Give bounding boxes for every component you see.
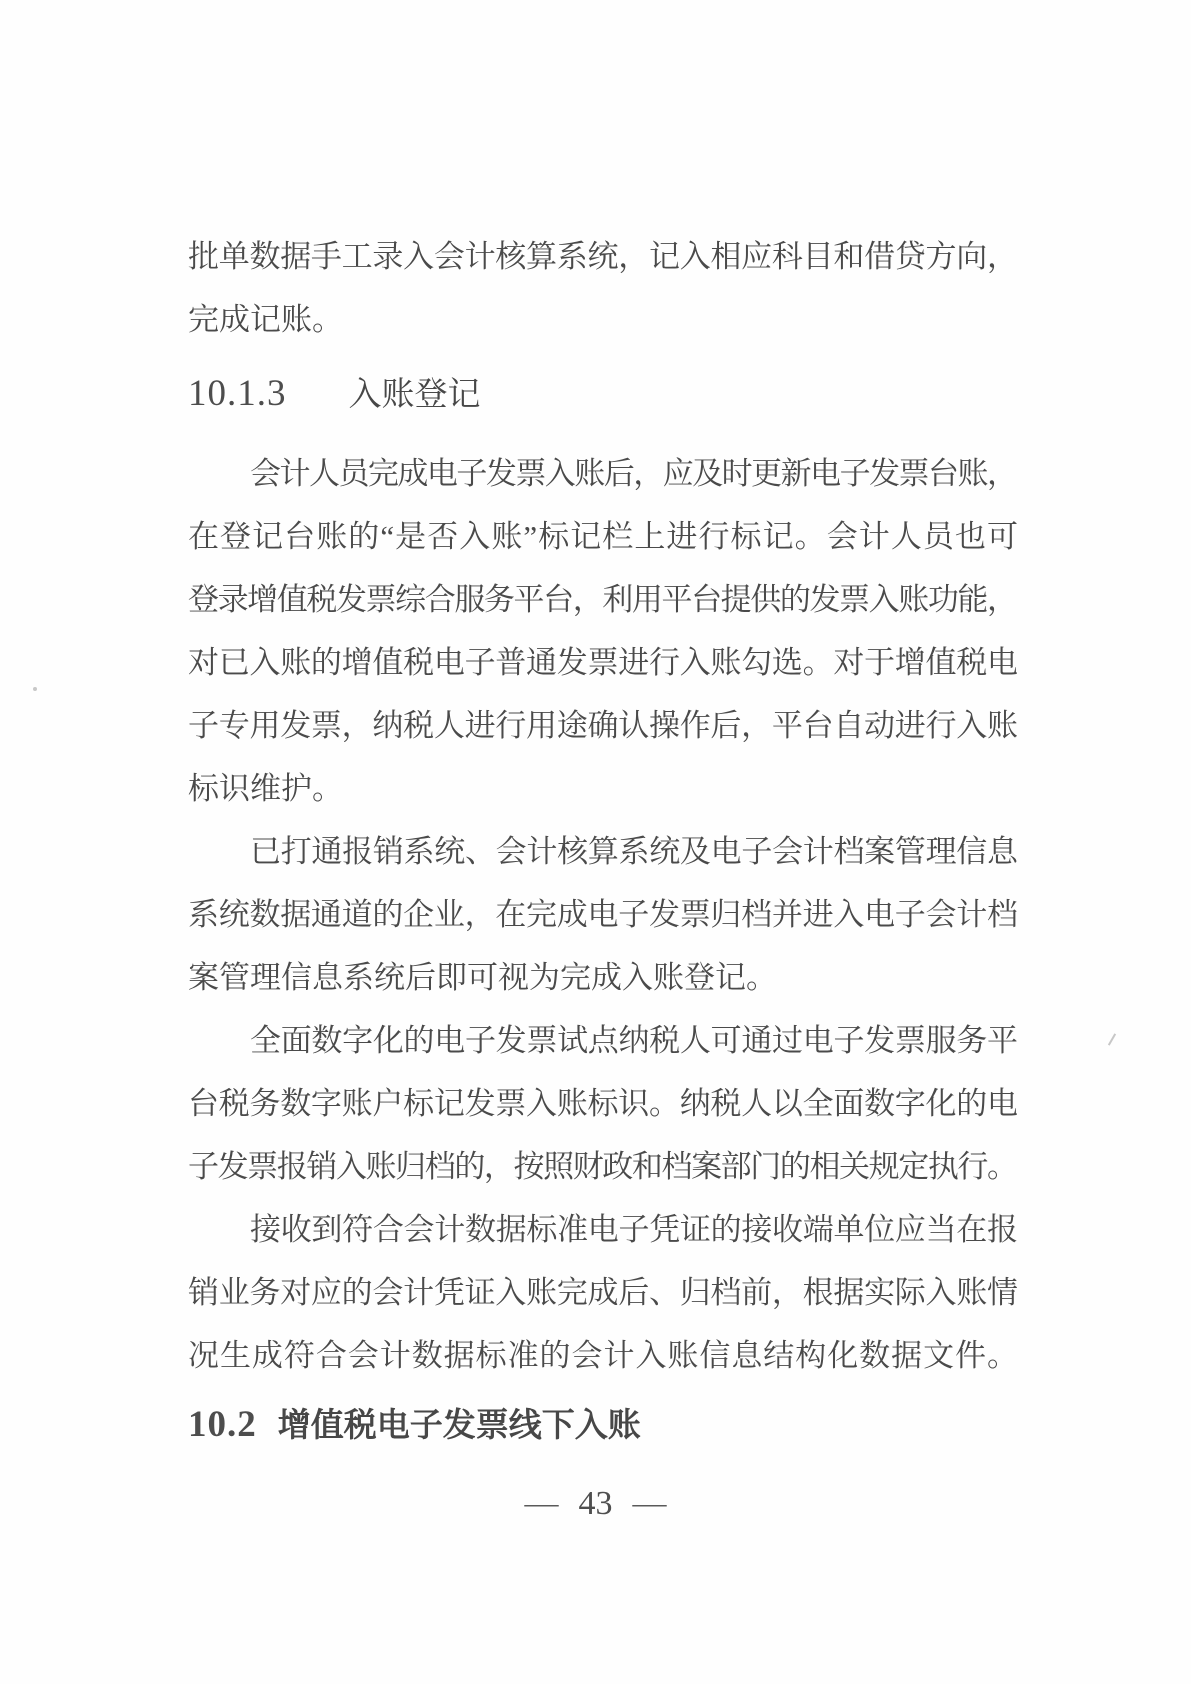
scan-artifact-dot [33, 687, 37, 691]
text-line-content: 批单数据手工录入会计核算系统，记入相应科目和借贷方向， [188, 239, 1018, 274]
text-line-content: 对已入账的增值税电子普通发票进行入账勾选。对于增值税电 [188, 645, 1018, 680]
section-heading-10-2: 10.2增值税电子发票线下入账 [188, 1393, 1018, 1463]
text-line: 完成记账。 [188, 288, 1018, 351]
text-line: 全面数字化的电子发票试点纳税人可通过电子发票服务平 [188, 1009, 1018, 1072]
text-line: 况生成符合会计数据标准的会计入账信息结构化数据文件。 [188, 1324, 1018, 1387]
text-line-content: 案管理信息系统后即可视为完成入账登记。 [188, 960, 777, 995]
text-line-content: 接收到符合会计数据标准电子凭证的接收端单位应当在报 [250, 1212, 1018, 1247]
section-number: 10.1.3 [188, 373, 287, 414]
text-line-content: 台税务数字账户标记发票入账标识。纳税人以全面数字化的电 [188, 1086, 1018, 1121]
text-line-content: 登录增值税发票综合服务平台，利用平台提供的发票入账功能， [188, 582, 1017, 617]
text-line-content: 况生成符合会计数据标准的会计入账信息结构化数据文件。 [188, 1338, 1019, 1373]
page-number: 43 [579, 1485, 613, 1522]
text-line: 子专用发票，纳税人进行用途确认操作后，平台自动进行入账 [188, 694, 1018, 757]
page-footer: —43— [0, 1480, 1191, 1528]
paragraph: 全面数字化的电子发票试点纳税人可通过电子发票服务平 台税务数字账户标记发票入账标… [188, 1009, 1018, 1198]
text-line-content: 全面数字化的电子发票试点纳税人可通过电子发票服务平 [250, 1023, 1018, 1058]
text-line-content: 在登记台账的“是否入账”标记栏上进行标记。会计人员也可 [188, 519, 1019, 554]
text-line: 已打通报销系统、会计核算系统及电子会计档案管理信息 [188, 820, 1018, 883]
paragraph: 批单数据手工录入会计核算系统，记入相应科目和借贷方向， 完成记账。 [188, 225, 1018, 351]
paragraph: 会计人员完成电子发票入账后，应及时更新电子发票台账， 在登记台账的“是否入账”标… [188, 442, 1018, 820]
footer-right-dash: — [633, 1482, 667, 1525]
text-line-content: 已打通报销系统、会计核算系统及电子会计档案管理信息 [250, 834, 1018, 869]
text-line-content: 系统数据通道的企业，在完成电子发票归档并进入电子会计档 [188, 897, 1018, 932]
text-column: 批单数据手工录入会计核算系统，记入相应科目和借贷方向， 完成记账。 10.1.3… [188, 225, 1018, 1463]
text-line: 子发票报销入账归档的，按照财政和档案部门的相关规定执行。 [188, 1135, 1018, 1198]
section-heading-10-1-3: 10.1.3入账登记 [188, 362, 1018, 432]
footer-left-dash: — [525, 1482, 559, 1525]
text-line-content: 完成记账。 [188, 302, 343, 337]
text-line: 对已入账的增值税电子普通发票进行入账勾选。对于增值税电 [188, 631, 1018, 694]
text-line: 销业务对应的会计凭证入账完成后、归档前，根据实际入账情 [188, 1261, 1018, 1324]
text-line-content: 标识维护。 [188, 771, 343, 806]
text-line: 标识维护。 [188, 757, 1018, 820]
text-line: 在登记台账的“是否入账”标记栏上进行标记。会计人员也可 [188, 505, 1018, 568]
text-line: 系统数据通道的企业，在完成电子发票归档并进入电子会计档 [188, 883, 1018, 946]
section-title: 入账登记 [349, 377, 481, 413]
text-line: 登录增值税发票综合服务平台，利用平台提供的发票入账功能， [188, 568, 1018, 631]
text-line: 批单数据手工录入会计核算系统，记入相应科目和借贷方向， [188, 225, 1018, 288]
text-line-content: 会计人员完成电子发票入账后，应及时更新电子发票台账， [250, 456, 1016, 491]
paragraph: 接收到符合会计数据标准电子凭证的接收端单位应当在报 销业务对应的会计凭证入账完成… [188, 1198, 1018, 1387]
text-line-content: 子专用发票，纳税人进行用途确认操作后，平台自动进行入账 [188, 708, 1018, 743]
text-line-content: 子发票报销入账归档的，按照财政和档案部门的相关规定执行。 [188, 1149, 1017, 1184]
scan-artifact-tick [1108, 1033, 1116, 1045]
section-number: 10.2 [188, 1404, 257, 1445]
text-line: 台税务数字账户标记发票入账标识。纳税人以全面数字化的电 [188, 1072, 1018, 1135]
document-page: 批单数据手工录入会计核算系统，记入相应科目和借贷方向， 完成记账。 10.1.3… [0, 0, 1191, 1684]
text-line-content: 销业务对应的会计凭证入账完成后、归档前，根据实际入账情 [188, 1275, 1018, 1310]
text-line: 会计人员完成电子发票入账后，应及时更新电子发票台账， [188, 442, 1018, 505]
text-line: 案管理信息系统后即可视为完成入账登记。 [188, 946, 1018, 1009]
section-title: 增值税电子发票线下入账 [278, 1408, 641, 1444]
paragraph: 已打通报销系统、会计核算系统及电子会计档案管理信息 系统数据通道的企业，在完成电… [188, 820, 1018, 1009]
text-line: 接收到符合会计数据标准电子凭证的接收端单位应当在报 [188, 1198, 1018, 1261]
